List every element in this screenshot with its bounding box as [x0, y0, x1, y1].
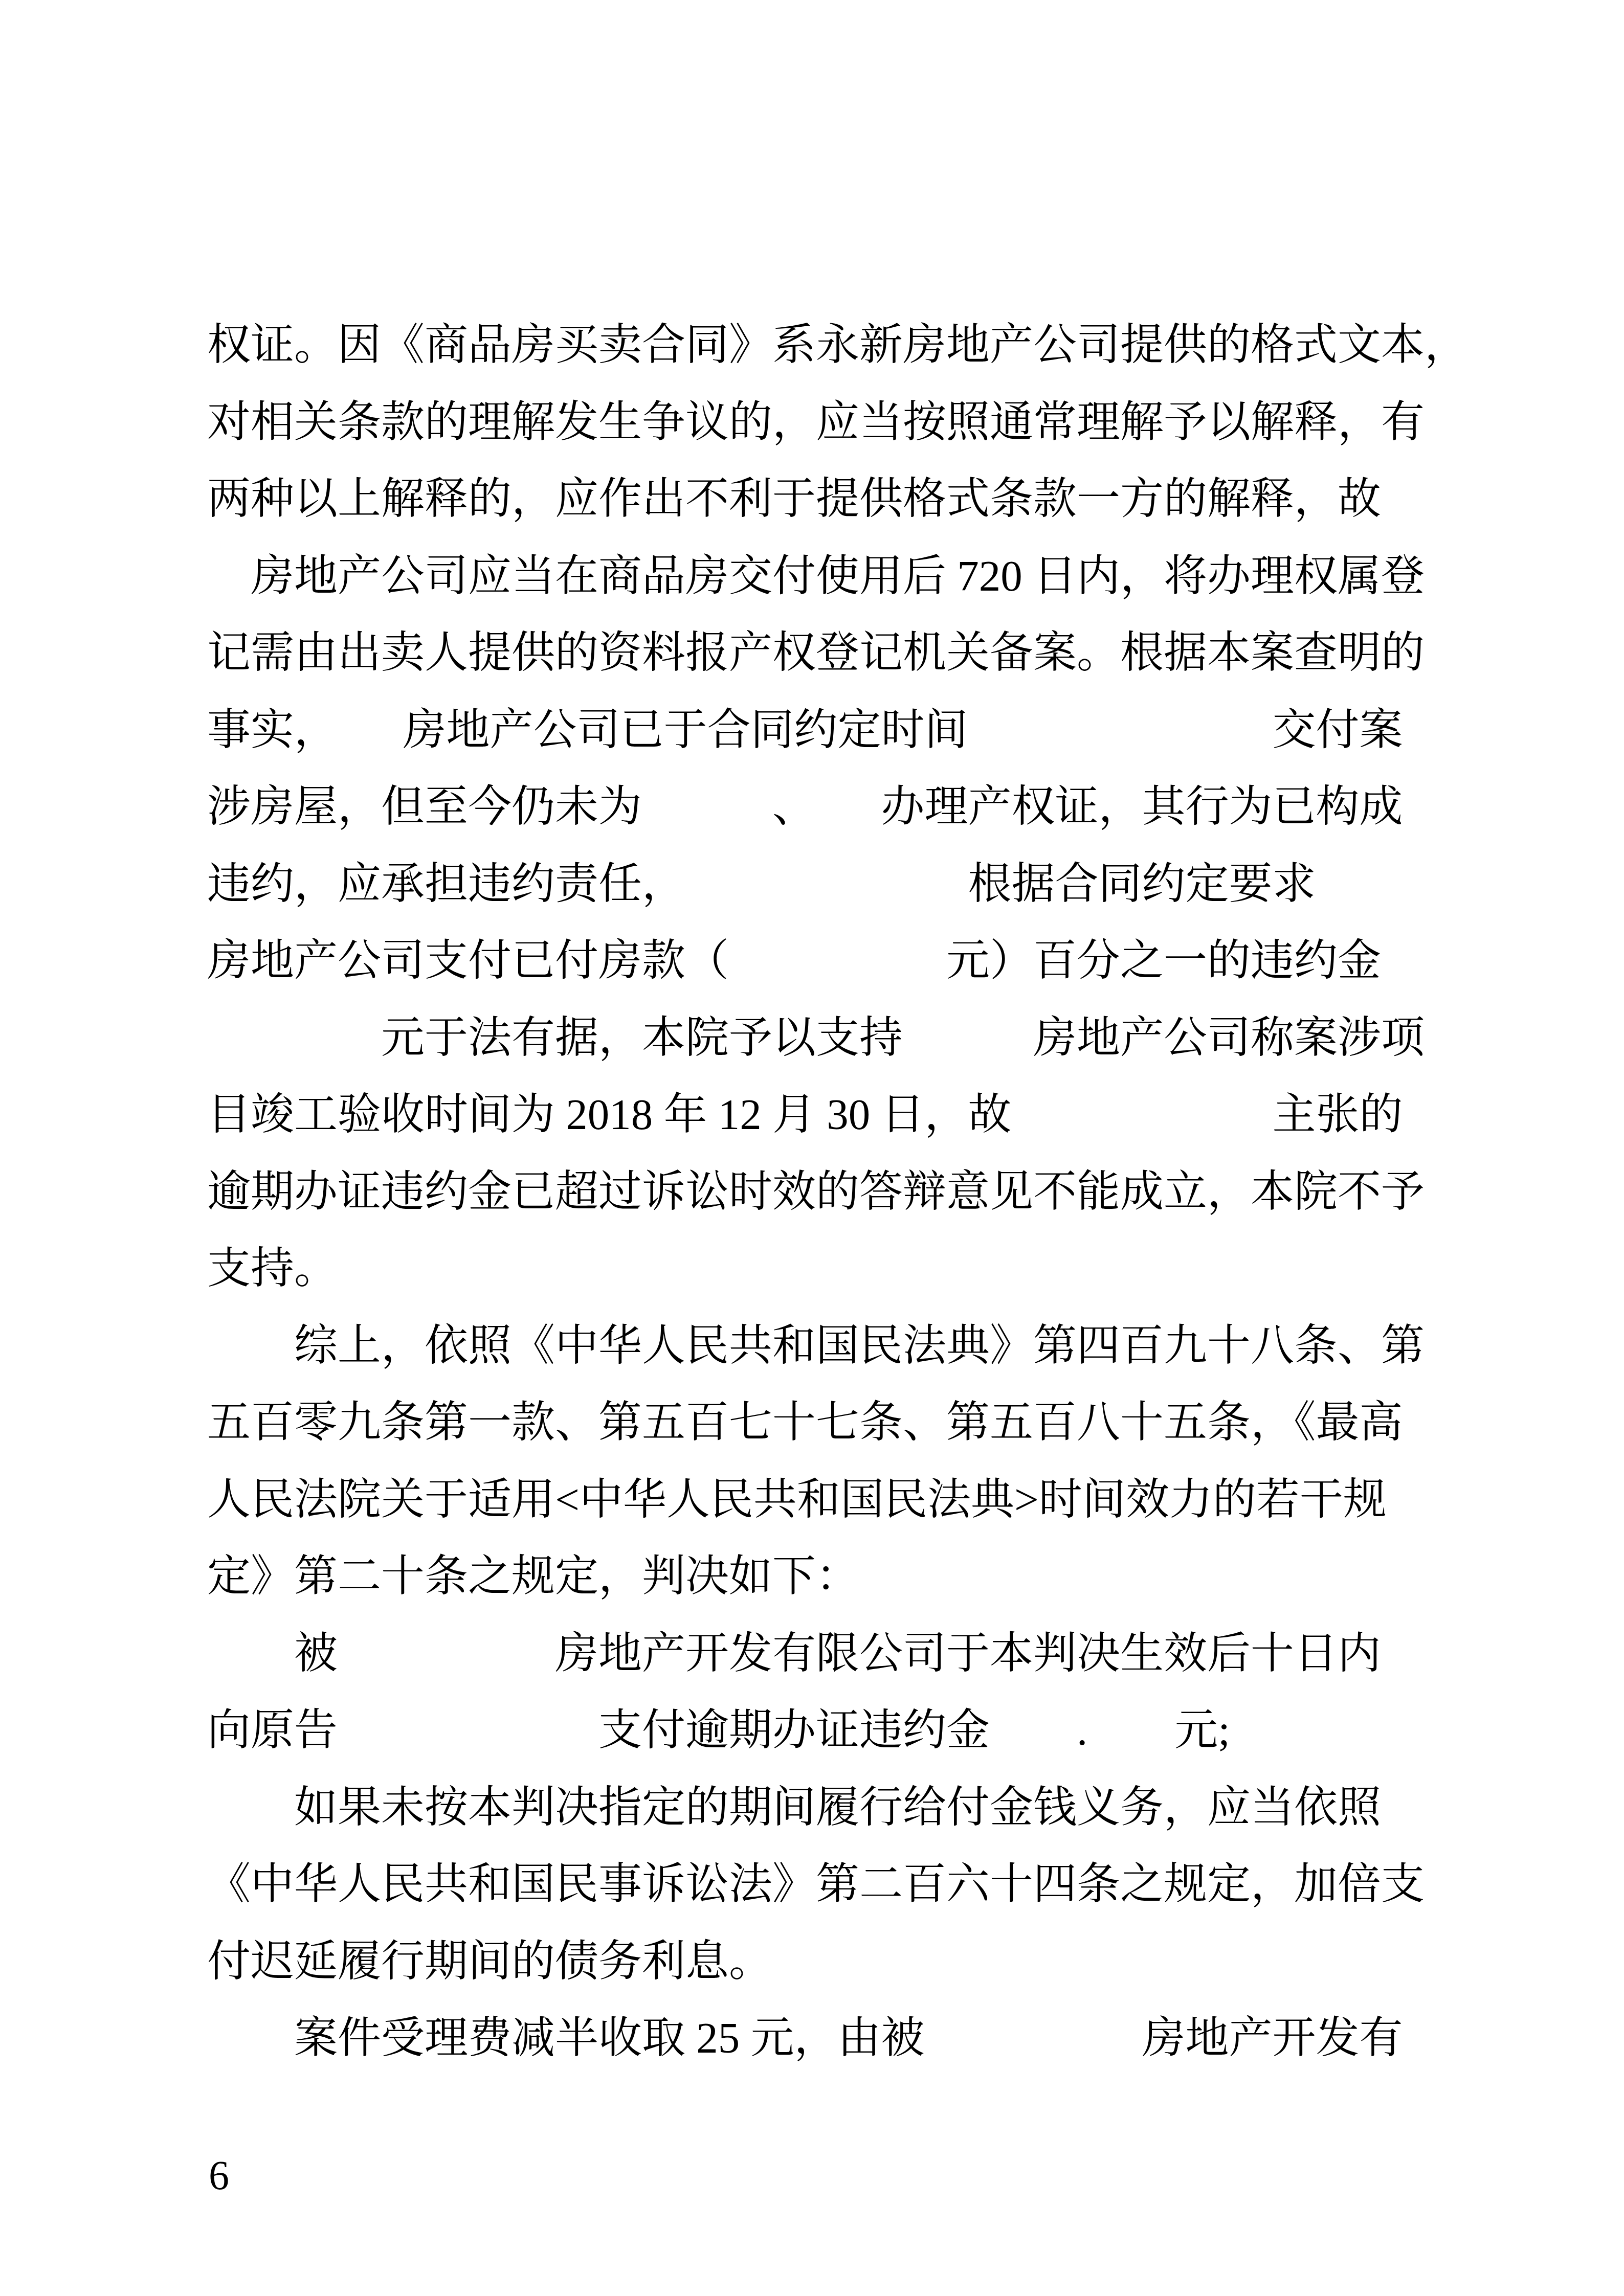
document-body: 权证。因《商品房买卖合同》系永新房地产公司提供的格式文本， 对相关条款的理解发生… [207, 307, 1445, 2077]
judgment-page: 权证。因《商品房买卖合同》系永新房地产公司提供的格式文本， 对相关条款的理解发生… [0, 0, 1624, 2296]
text-line: 涉房屋，但至今仍未为 、 办理产权证，其行为已构成 [207, 769, 1445, 846]
text-line: 支持。 [207, 1230, 1445, 1308]
text-line: 违约，应承担违约责任， 根据合同约定要求 [207, 846, 1445, 923]
text-line: 逾期办证违约金已超过诉讼时效的答辩意见不能成立，本院不予 [207, 1154, 1445, 1231]
text-line: 房地产公司支付已付房款（ 元）百分之一的违约金 [207, 922, 1445, 1000]
text-line: 五百零九条第一款、第五百七十七条、第五百八十五条，《最高 [207, 1384, 1445, 1461]
text-line: 定》第二十条之规定，判决如下： [207, 1538, 1445, 1615]
text-line: 房地产公司应当在商品房交付使用后 720 日内，将办理权属登 [207, 538, 1445, 615]
text-line: 人民法院关于适用<中华人民共和国民法典>时间效力的若干规 [207, 1461, 1445, 1539]
text-line: 综上，依照《中华人民共和国民法典》第四百九十八条、第 [207, 1308, 1445, 1385]
text-line: 被 房地产开发有限公司于本判决生效后十日内 [207, 1615, 1445, 1693]
text-line: 对相关条款的理解发生争议的，应当按照通常理解予以解释，有 [207, 384, 1445, 461]
text-line: 案件受理费减半收取 25 元，由被 房地产开发有 [207, 2000, 1445, 2077]
text-line: 《中华人民共和国民事诉讼法》第二百六十四条之规定，加倍支 [207, 1846, 1445, 1923]
text-line: 向原告 支付逾期办证违约金 . 元; [207, 1692, 1445, 1769]
text-line: 元于法有据，本院予以支持 房地产公司称案涉项 [207, 1000, 1445, 1077]
text-line: 付迟延履行期间的债务利息。 [207, 1923, 1445, 2000]
text-line: 两种以上解释的，应作出不利于提供格式条款一方的解释，故 [207, 461, 1445, 538]
text-line: 目竣工验收时间为 2018 年 12 月 30 日，故 主张的 [207, 1076, 1445, 1154]
text-line: 如果未按本判决指定的期间履行给付金钱义务，应当依照 [207, 1769, 1445, 1847]
text-line: 权证。因《商品房买卖合同》系永新房地产公司提供的格式文本， [207, 307, 1445, 384]
page-number: 6 [209, 2150, 229, 2201]
text-line: 事实， 房地产公司已于合同约定时间 交付案 [207, 692, 1445, 769]
text-line: 记需由出卖人提供的资料报产权登记机关备案。根据本案查明的 [207, 615, 1445, 692]
